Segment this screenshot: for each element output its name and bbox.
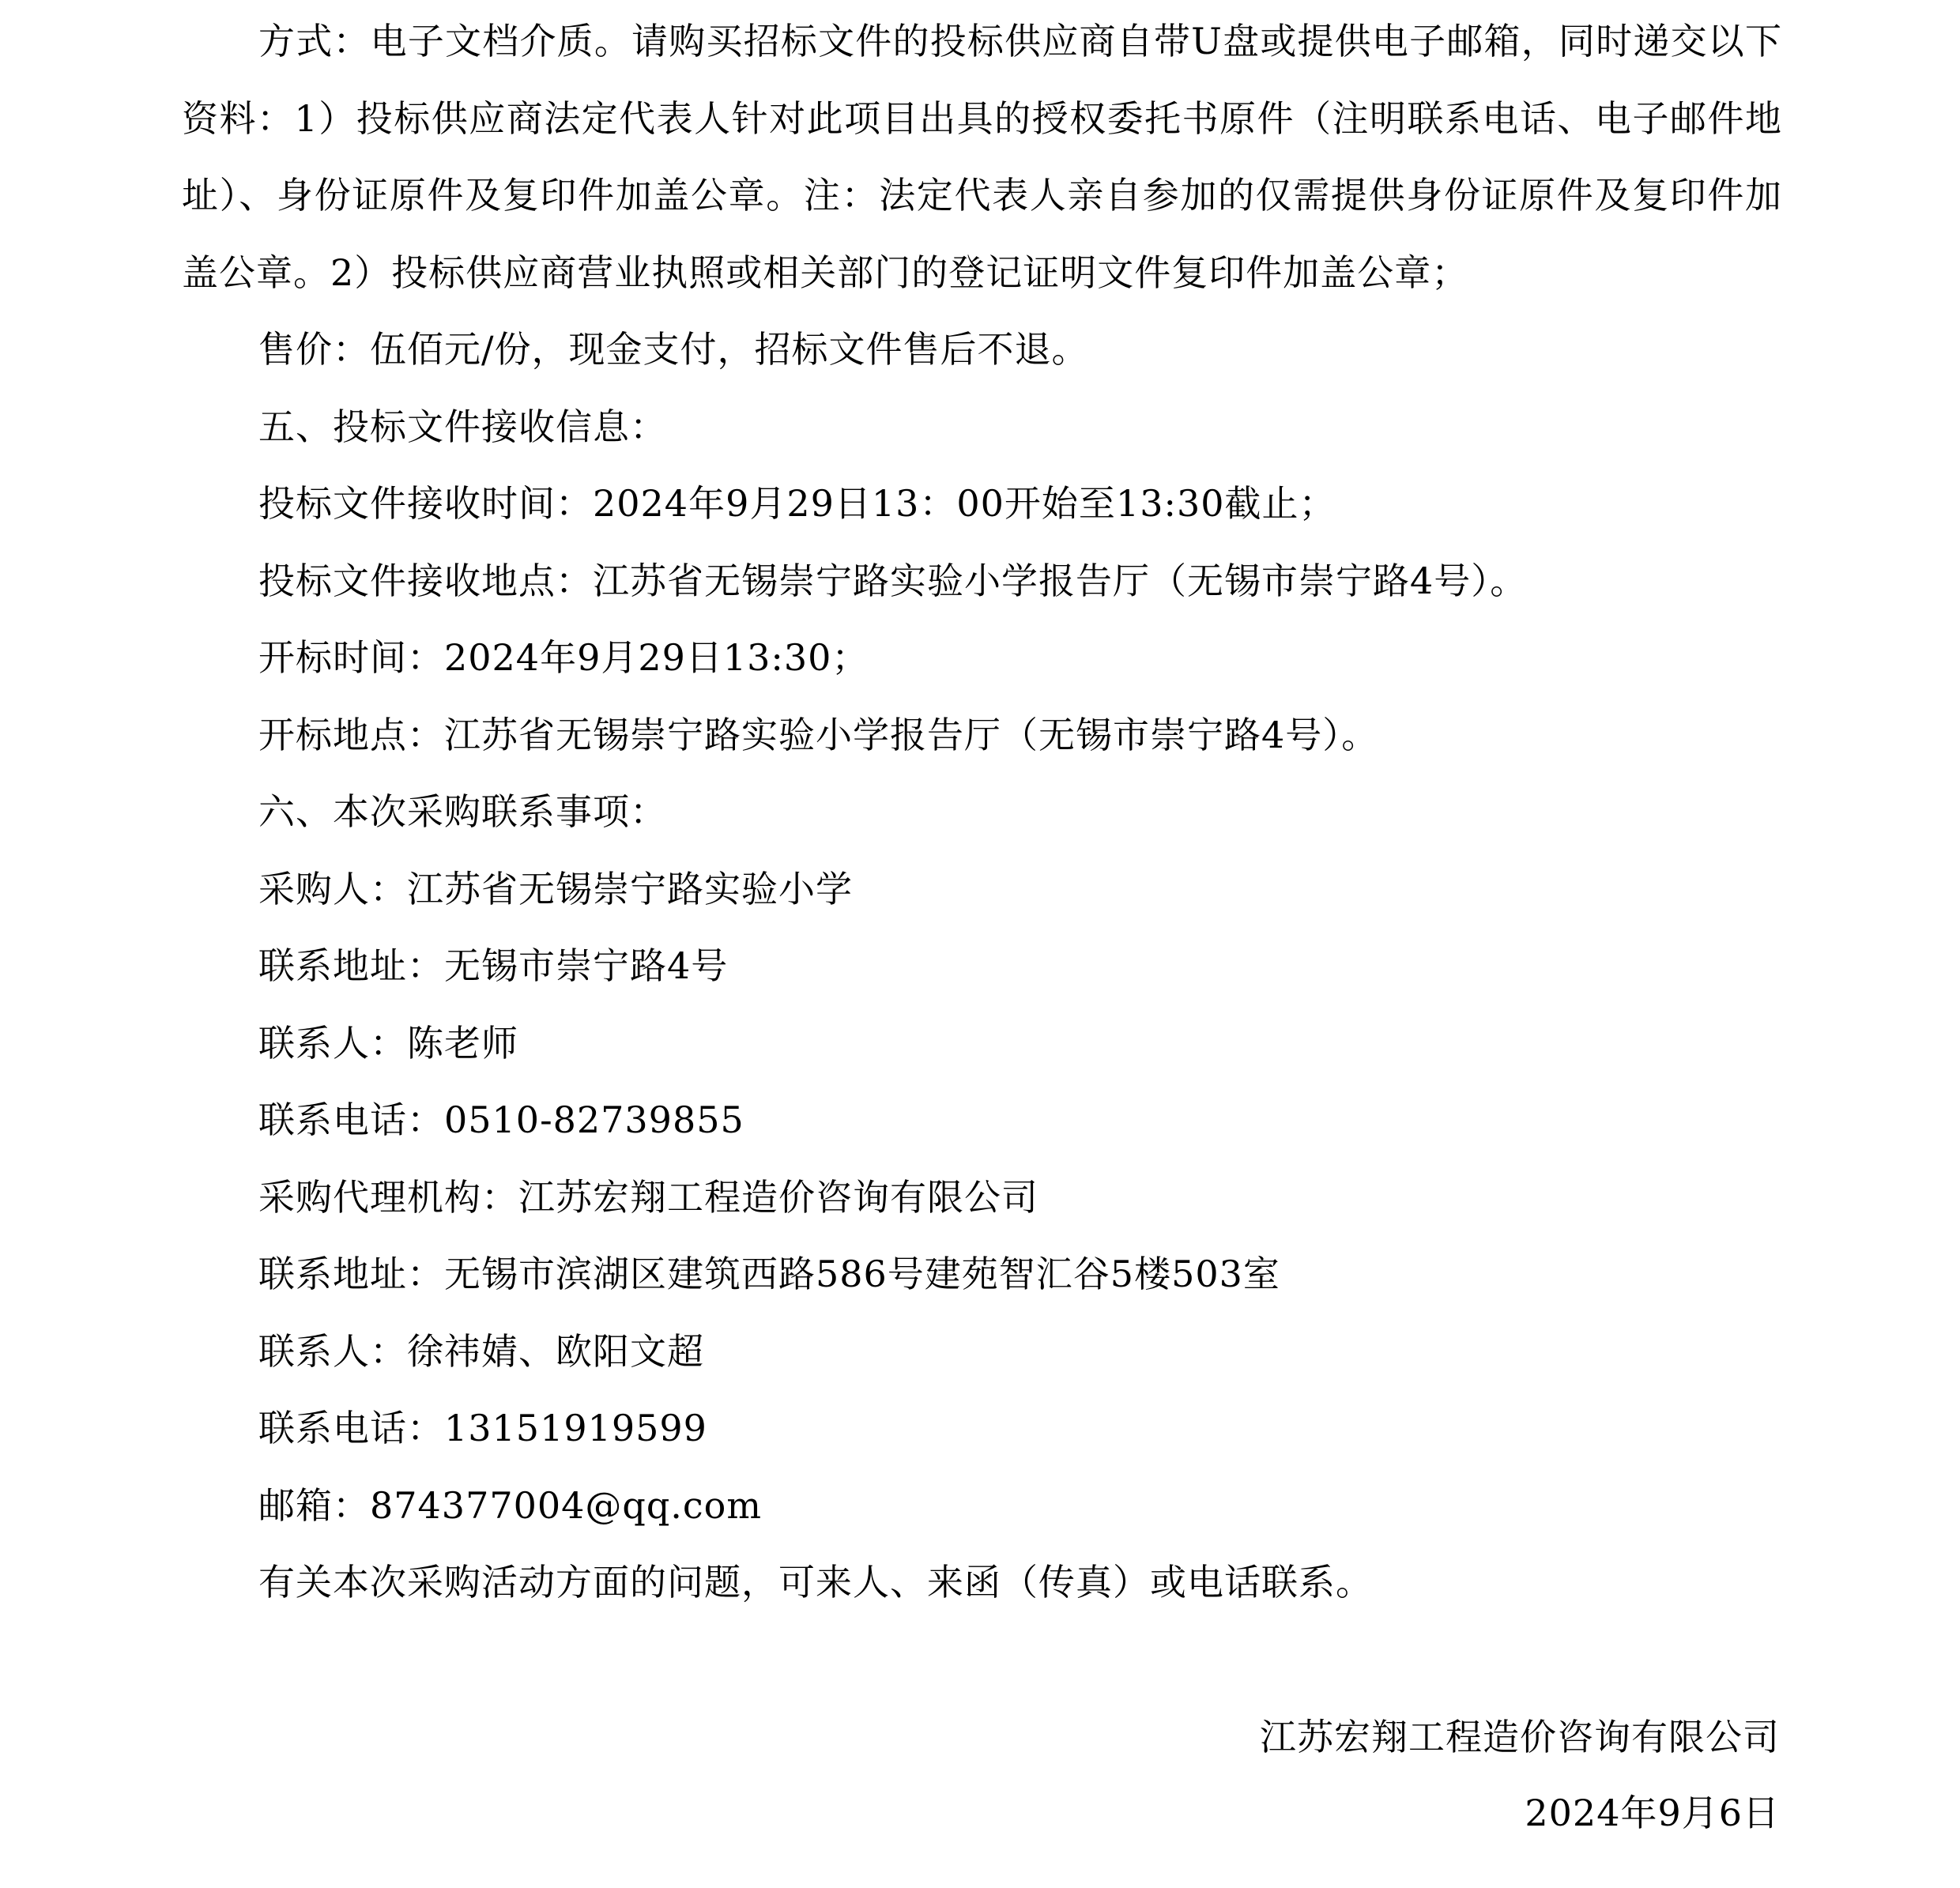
signature-block: 江苏宏翔工程造价咨询有限公司 2024年9月6日	[1260, 1699, 1780, 1851]
paragraph-price: 售价：伍佰元/份，现金支付，招标文件售后不退。	[182, 311, 1782, 389]
document-page: 方式：电子文档介质。请购买招标文件的投标供应商自带U盘或提供电子邮箱，同时递交以…	[182, 0, 1782, 1622]
paragraph-purchaser-contact: 联系人：陈老师	[182, 1005, 1782, 1083]
paragraph-purchaser-phone: 联系电话：0510-82739855	[182, 1082, 1782, 1159]
paragraph-open-time: 开标时间：2024年9月29日13:30；	[182, 620, 1782, 697]
paragraph-open-place: 开标地点：江苏省无锡崇宁路实验小学报告厅（无锡市崇宁路4号）。	[182, 697, 1782, 774]
section-heading-contacts: 六、本次采购联系事项：	[182, 774, 1782, 851]
document-body: 方式：电子文档介质。请购买招标文件的投标供应商自带U盘或提供电子邮箱，同时递交以…	[182, 0, 1782, 1622]
paragraph-agency-email: 邮箱：874377004@qq.com	[182, 1468, 1782, 1545]
paragraph-purchaser-address: 联系地址：无锡市崇宁路4号	[182, 928, 1782, 1005]
paragraph-agency-contact: 联系人：徐祎婧、欧阳文超	[182, 1313, 1782, 1391]
paragraph-purchaser: 采购人：江苏省无锡崇宁路实验小学	[182, 851, 1782, 929]
paragraph-method: 方式：电子文档介质。请购买招标文件的投标供应商自带U盘或提供电子邮箱，同时递交以…	[182, 3, 1782, 311]
paragraph-receive-time: 投标文件接收时间：2024年9月29日13：00开始至13:30截止；	[182, 465, 1782, 543]
section-heading-bid-receipt: 五、投标文件接收信息：	[182, 389, 1782, 466]
signature-date: 2024年9月6日	[1260, 1775, 1780, 1851]
paragraph-agency-phone: 联系电话：13151919599	[182, 1390, 1782, 1468]
signature-company: 江苏宏翔工程造价咨询有限公司	[1260, 1699, 1780, 1775]
paragraph-receive-place: 投标文件接收地点：江苏省无锡崇宁路实验小学报告厅（无锡市崇宁路4号）。	[182, 543, 1782, 620]
paragraph-agency-address: 联系地址：无锡市滨湖区建筑西路586号建苑智汇谷5楼503室	[182, 1236, 1782, 1313]
paragraph-inquiry-note: 有关本次采购活动方面的问题，可来人、来函（传真）或电话联系。	[182, 1544, 1782, 1622]
paragraph-agency: 采购代理机构：江苏宏翔工程造价咨询有限公司	[182, 1159, 1782, 1237]
